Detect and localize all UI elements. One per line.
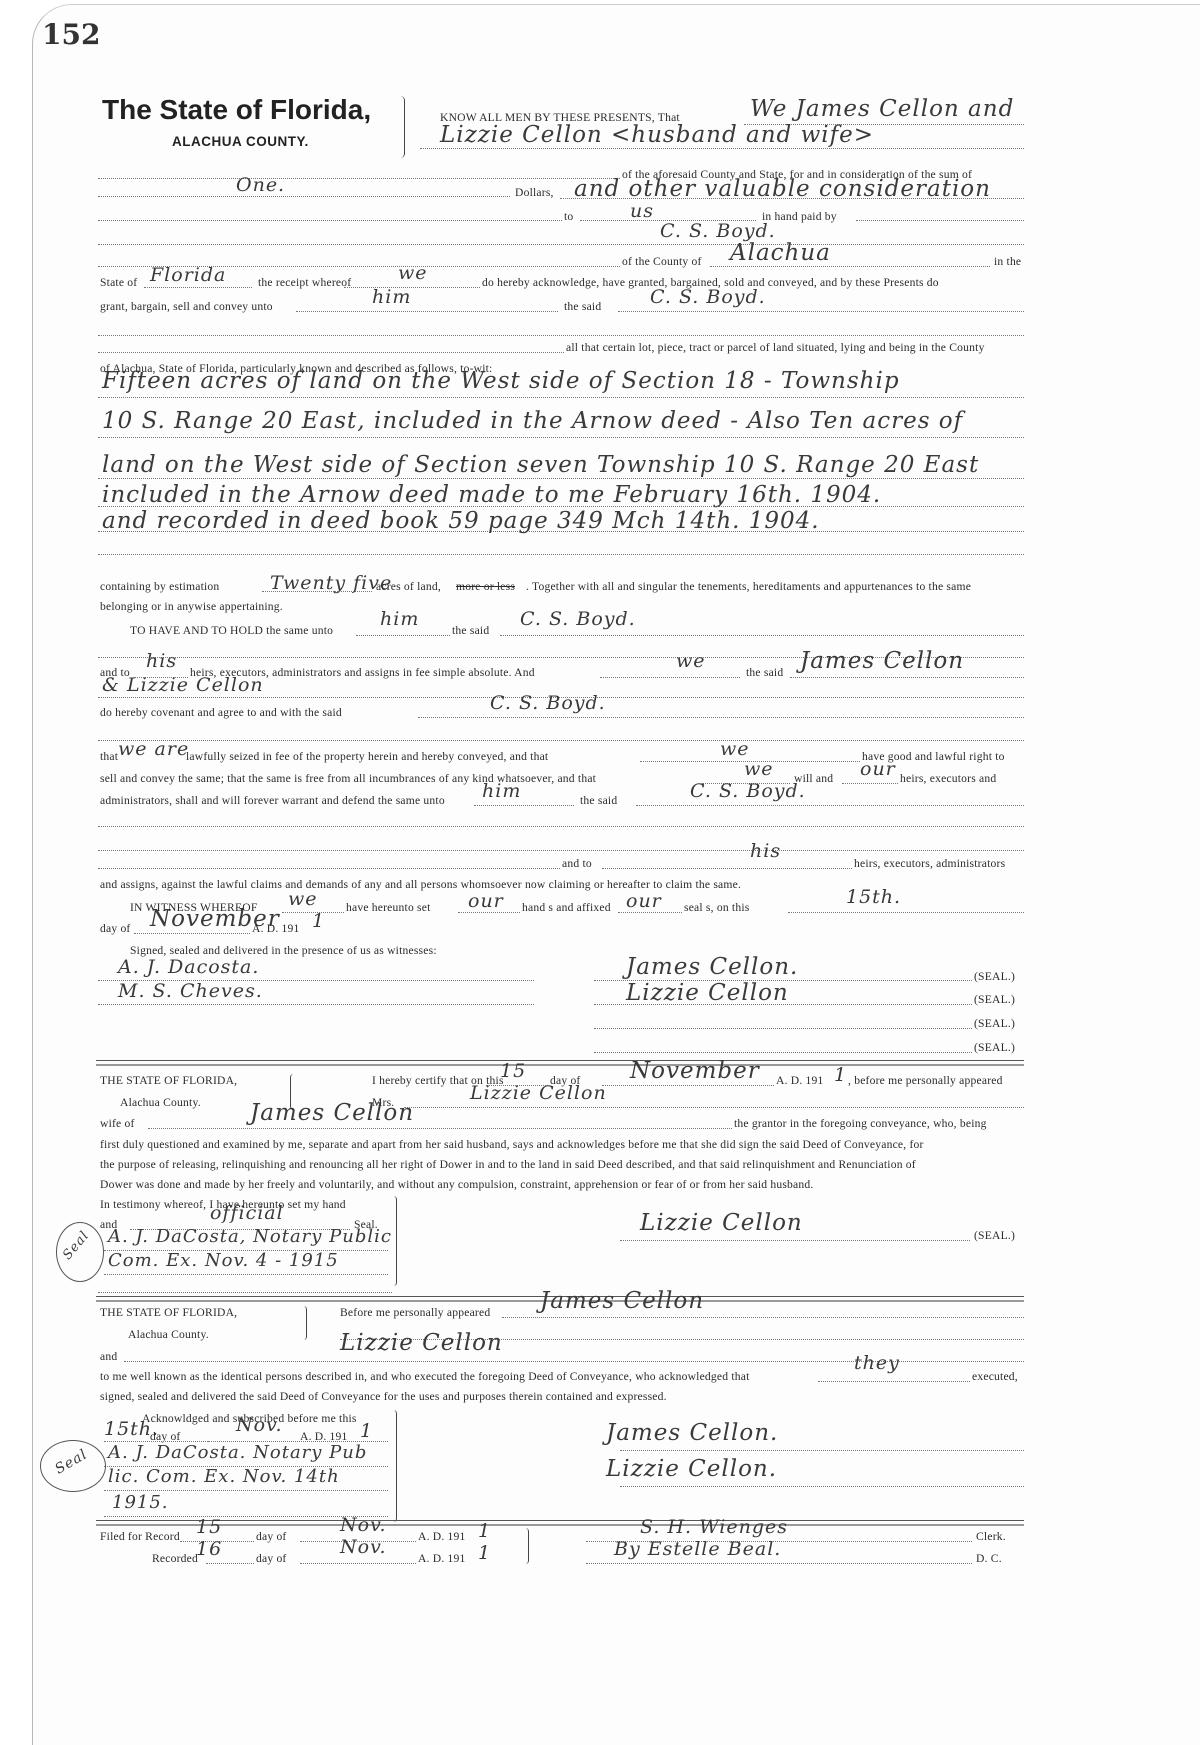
- section-divider-3: [96, 1520, 1024, 1526]
- ack-wife-ad: A. D. 191: [776, 1074, 824, 1087]
- ack-both-signature-1: James Cellon.: [606, 1420, 778, 1446]
- day-of-label: day of: [100, 922, 131, 935]
- recorded-month: Nov.: [340, 1536, 387, 1558]
- grant-label: grant, bargain, sell and convey unto: [100, 300, 273, 313]
- filed-day: 15: [196, 1516, 222, 1538]
- ack-body-line-1: first duly questioned and examined by me…: [100, 1138, 924, 1151]
- to-have-said: the said: [452, 624, 489, 637]
- before-me-label: Before me personally appeared: [340, 1306, 490, 1319]
- filed-year-digit: 1: [478, 1520, 491, 1542]
- header-brace: [396, 96, 405, 158]
- they-value: they: [854, 1352, 900, 1374]
- grantor-text: the grantor in the foregoing conveyance,…: [734, 1117, 987, 1130]
- acknowledged-brace: [390, 1410, 397, 1522]
- notary2-line-3: 1915.: [112, 1492, 169, 1513]
- county-heading: ALACHUA COUNTY.: [172, 134, 309, 149]
- the-said-label: the said: [564, 300, 601, 313]
- seal-s: seal s, on this: [684, 901, 749, 914]
- state-of-label: State of: [100, 276, 137, 289]
- signed-sealed-text: signed, sealed and delivered the said De…: [100, 1390, 667, 1403]
- acres-of-land: acres of land,: [376, 580, 441, 593]
- covenantor-2: & Lizzie Cellon: [102, 674, 264, 696]
- containing-label: containing by estimation: [100, 580, 219, 593]
- well-known-text: to me well known as the identical person…: [100, 1370, 750, 1383]
- and-pronoun: we: [676, 650, 706, 672]
- will-value: we: [744, 758, 774, 780]
- witness-day: 15th.: [846, 886, 901, 908]
- covenant-grantee: C. S. Boyd.: [490, 692, 606, 714]
- defend-grantee: C. S. Boyd.: [690, 780, 806, 802]
- recording-brace: [522, 1528, 529, 1564]
- hand-s: hand s and affixed: [522, 901, 611, 914]
- ack-wife-month: November: [630, 1058, 760, 1084]
- have-hereunto: have hereunto set: [346, 901, 431, 914]
- ack-both-month: Nov.: [236, 1414, 283, 1436]
- witness-2: M. S. Cheves.: [118, 980, 263, 1002]
- filed-ad: A. D. 191: [418, 1530, 466, 1543]
- notary-line-1: A. J. DaCosta, Notary Public: [108, 1226, 392, 1247]
- grantee-pronoun: him: [372, 286, 411, 308]
- description-line-4: included in the Arnow deed made to me Fe…: [102, 482, 881, 508]
- of-county-label: of the County of: [622, 255, 702, 268]
- ack-both-and: and: [100, 1350, 117, 1363]
- recorded-day-of: day of: [256, 1552, 287, 1565]
- covenant-label: do hereby covenant and agree to and with…: [100, 706, 342, 719]
- to-have-grantee: C. S. Boyd.: [520, 608, 636, 630]
- seal-label-3: (SEAL.): [974, 1017, 1015, 1030]
- receipt-value: we: [398, 262, 428, 284]
- in-the: in the: [994, 255, 1021, 268]
- description-line-1: Fifteen acres of land on the West side o…: [102, 368, 900, 394]
- ack-wife-day: 15: [500, 1060, 526, 1082]
- husband-name: James Cellon: [250, 1100, 414, 1126]
- receipt-whereof: the receipt whereof: [258, 276, 351, 289]
- payer-name: C. S. Boyd.: [660, 220, 776, 242]
- state-value: Florida: [150, 264, 226, 286]
- ack-wife-state: THE STATE OF FLORIDA,: [100, 1074, 237, 1087]
- wife-signature: Lizzie Cellon: [640, 1210, 803, 1236]
- to-value: us: [630, 200, 654, 222]
- lawfully-value: we: [720, 738, 750, 760]
- seal-label-1: (SEAL.): [974, 970, 1015, 983]
- person-2: Lizzie Cellon: [340, 1330, 503, 1356]
- wife-seal-label: (SEAL.): [974, 1229, 1015, 1242]
- person-1: James Cellon: [540, 1288, 704, 1314]
- grantee-name: C. S. Boyd.: [650, 286, 766, 308]
- state-heading: The State of Florida,: [102, 94, 371, 126]
- our-value: our: [860, 758, 896, 780]
- witness-ad: A. D. 191: [252, 922, 300, 935]
- ack-both-state: THE STATE OF FLORIDA,: [100, 1306, 237, 1319]
- lawfully-seized: lawfully seized in fee of the property h…: [186, 750, 548, 763]
- filed-label: Filed for Record: [100, 1530, 180, 1543]
- ack-body-line-3: Dower was done and made by her freely an…: [100, 1178, 814, 1191]
- wife-name: Lizzie Cellon: [470, 1082, 607, 1104]
- ack-both-year-digit: 1: [360, 1420, 373, 1442]
- witness-we: we: [288, 888, 318, 910]
- grantors-line-2: Lizzie Cellon <husband and wife>: [440, 122, 874, 148]
- witness-1: A. J. Dacosta.: [118, 956, 259, 978]
- filed-month: Nov.: [340, 1514, 387, 1536]
- executed-label: executed,: [972, 1370, 1018, 1383]
- recorded-label: Recorded: [152, 1552, 198, 1565]
- dollars-label: Dollars,: [515, 186, 554, 199]
- clerk-label: Clerk.: [976, 1530, 1006, 1543]
- before-me-appeared: , before me personally appeared: [848, 1074, 1003, 1087]
- sell-convey: sell and convey the same; that the same …: [100, 772, 596, 785]
- deputy-name: By Estelle Beal.: [614, 1538, 781, 1560]
- clerk-name: S. H. Wienges: [640, 1516, 788, 1538]
- ack-wife-year-digit: 1: [834, 1064, 847, 1086]
- heirs-exec-and: heirs, executors and: [900, 772, 996, 785]
- county-value: Alachua: [730, 240, 831, 266]
- page-number: 152: [42, 18, 100, 51]
- to-have-pronoun: him: [380, 608, 419, 630]
- signature-1: James Cellon.: [626, 954, 798, 980]
- recorded-year-digit: 1: [478, 1542, 491, 1564]
- administrators-text: administrators, shall and will forever w…: [100, 794, 445, 807]
- together-text: . Together with all and singular the ten…: [526, 580, 971, 593]
- section-divider-1: [96, 1060, 1024, 1066]
- seal-label-4: (SEAL.): [974, 1041, 1015, 1054]
- to-label: to: [564, 210, 573, 223]
- all-that-certain: all that certain lot, piece, tract or pa…: [566, 341, 985, 354]
- heirs-exec-admin: heirs, executors, administrators: [854, 857, 1005, 870]
- the-said-2: the said: [746, 666, 783, 679]
- wife-of-label: wife of: [100, 1117, 135, 1130]
- covenantor-1: James Cellon: [800, 648, 964, 674]
- defend-pronoun: him: [482, 780, 521, 802]
- defend-said: the said: [580, 794, 617, 807]
- seal-label-2: (SEAL.): [974, 993, 1015, 1006]
- official-value: official: [210, 1202, 284, 1224]
- ack-both-brace: [300, 1306, 307, 1340]
- more-or-less: more or less: [456, 580, 515, 593]
- description-line-2: 10 S. Range 20 East, included in the Arn…: [102, 408, 963, 434]
- ack-both-signature-2: Lizzie Cellon.: [606, 1456, 777, 1482]
- and-to-2: and to: [562, 857, 592, 870]
- description-line-3: land on the West side of Section seven T…: [102, 452, 979, 478]
- sum-value: One.: [236, 174, 285, 196]
- heirs-pronoun-2: his: [750, 840, 781, 862]
- filed-day-of: day of: [256, 1530, 287, 1543]
- belonging-text: belonging or in anywise appertaining.: [100, 600, 283, 613]
- recorded-ad: A. D. 191: [418, 1552, 466, 1565]
- dc-label: D. C.: [976, 1552, 1002, 1565]
- to-have-label: TO HAVE AND TO HOLD the same unto: [130, 624, 333, 637]
- witness-year-digit: 1: [312, 910, 325, 932]
- heirs-pronoun: his: [146, 650, 177, 672]
- that-label: that: [100, 750, 118, 763]
- witness-our-2: our: [626, 890, 662, 912]
- witness-our-1: our: [468, 890, 504, 912]
- that-value: we are: [118, 738, 189, 760]
- ack-both-county: Alachua County.: [128, 1328, 209, 1341]
- grantors-line-1: We James Cellon and: [750, 96, 1014, 122]
- ack-wife-county: Alachua County.: [120, 1096, 201, 1109]
- ack-body-line-2: the purpose of releasing, relinquishing …: [100, 1158, 916, 1171]
- notary2-line-1: A. J. DaCosta. Notary Pub: [108, 1442, 367, 1463]
- recorded-day: 16: [196, 1538, 222, 1560]
- notary-line-2: Com. Ex. Nov. 4 - 1915: [108, 1250, 339, 1271]
- notary2-line-2: lic. Com. Ex. Nov. 14th: [108, 1466, 340, 1487]
- signature-2: Lizzie Cellon: [626, 980, 789, 1006]
